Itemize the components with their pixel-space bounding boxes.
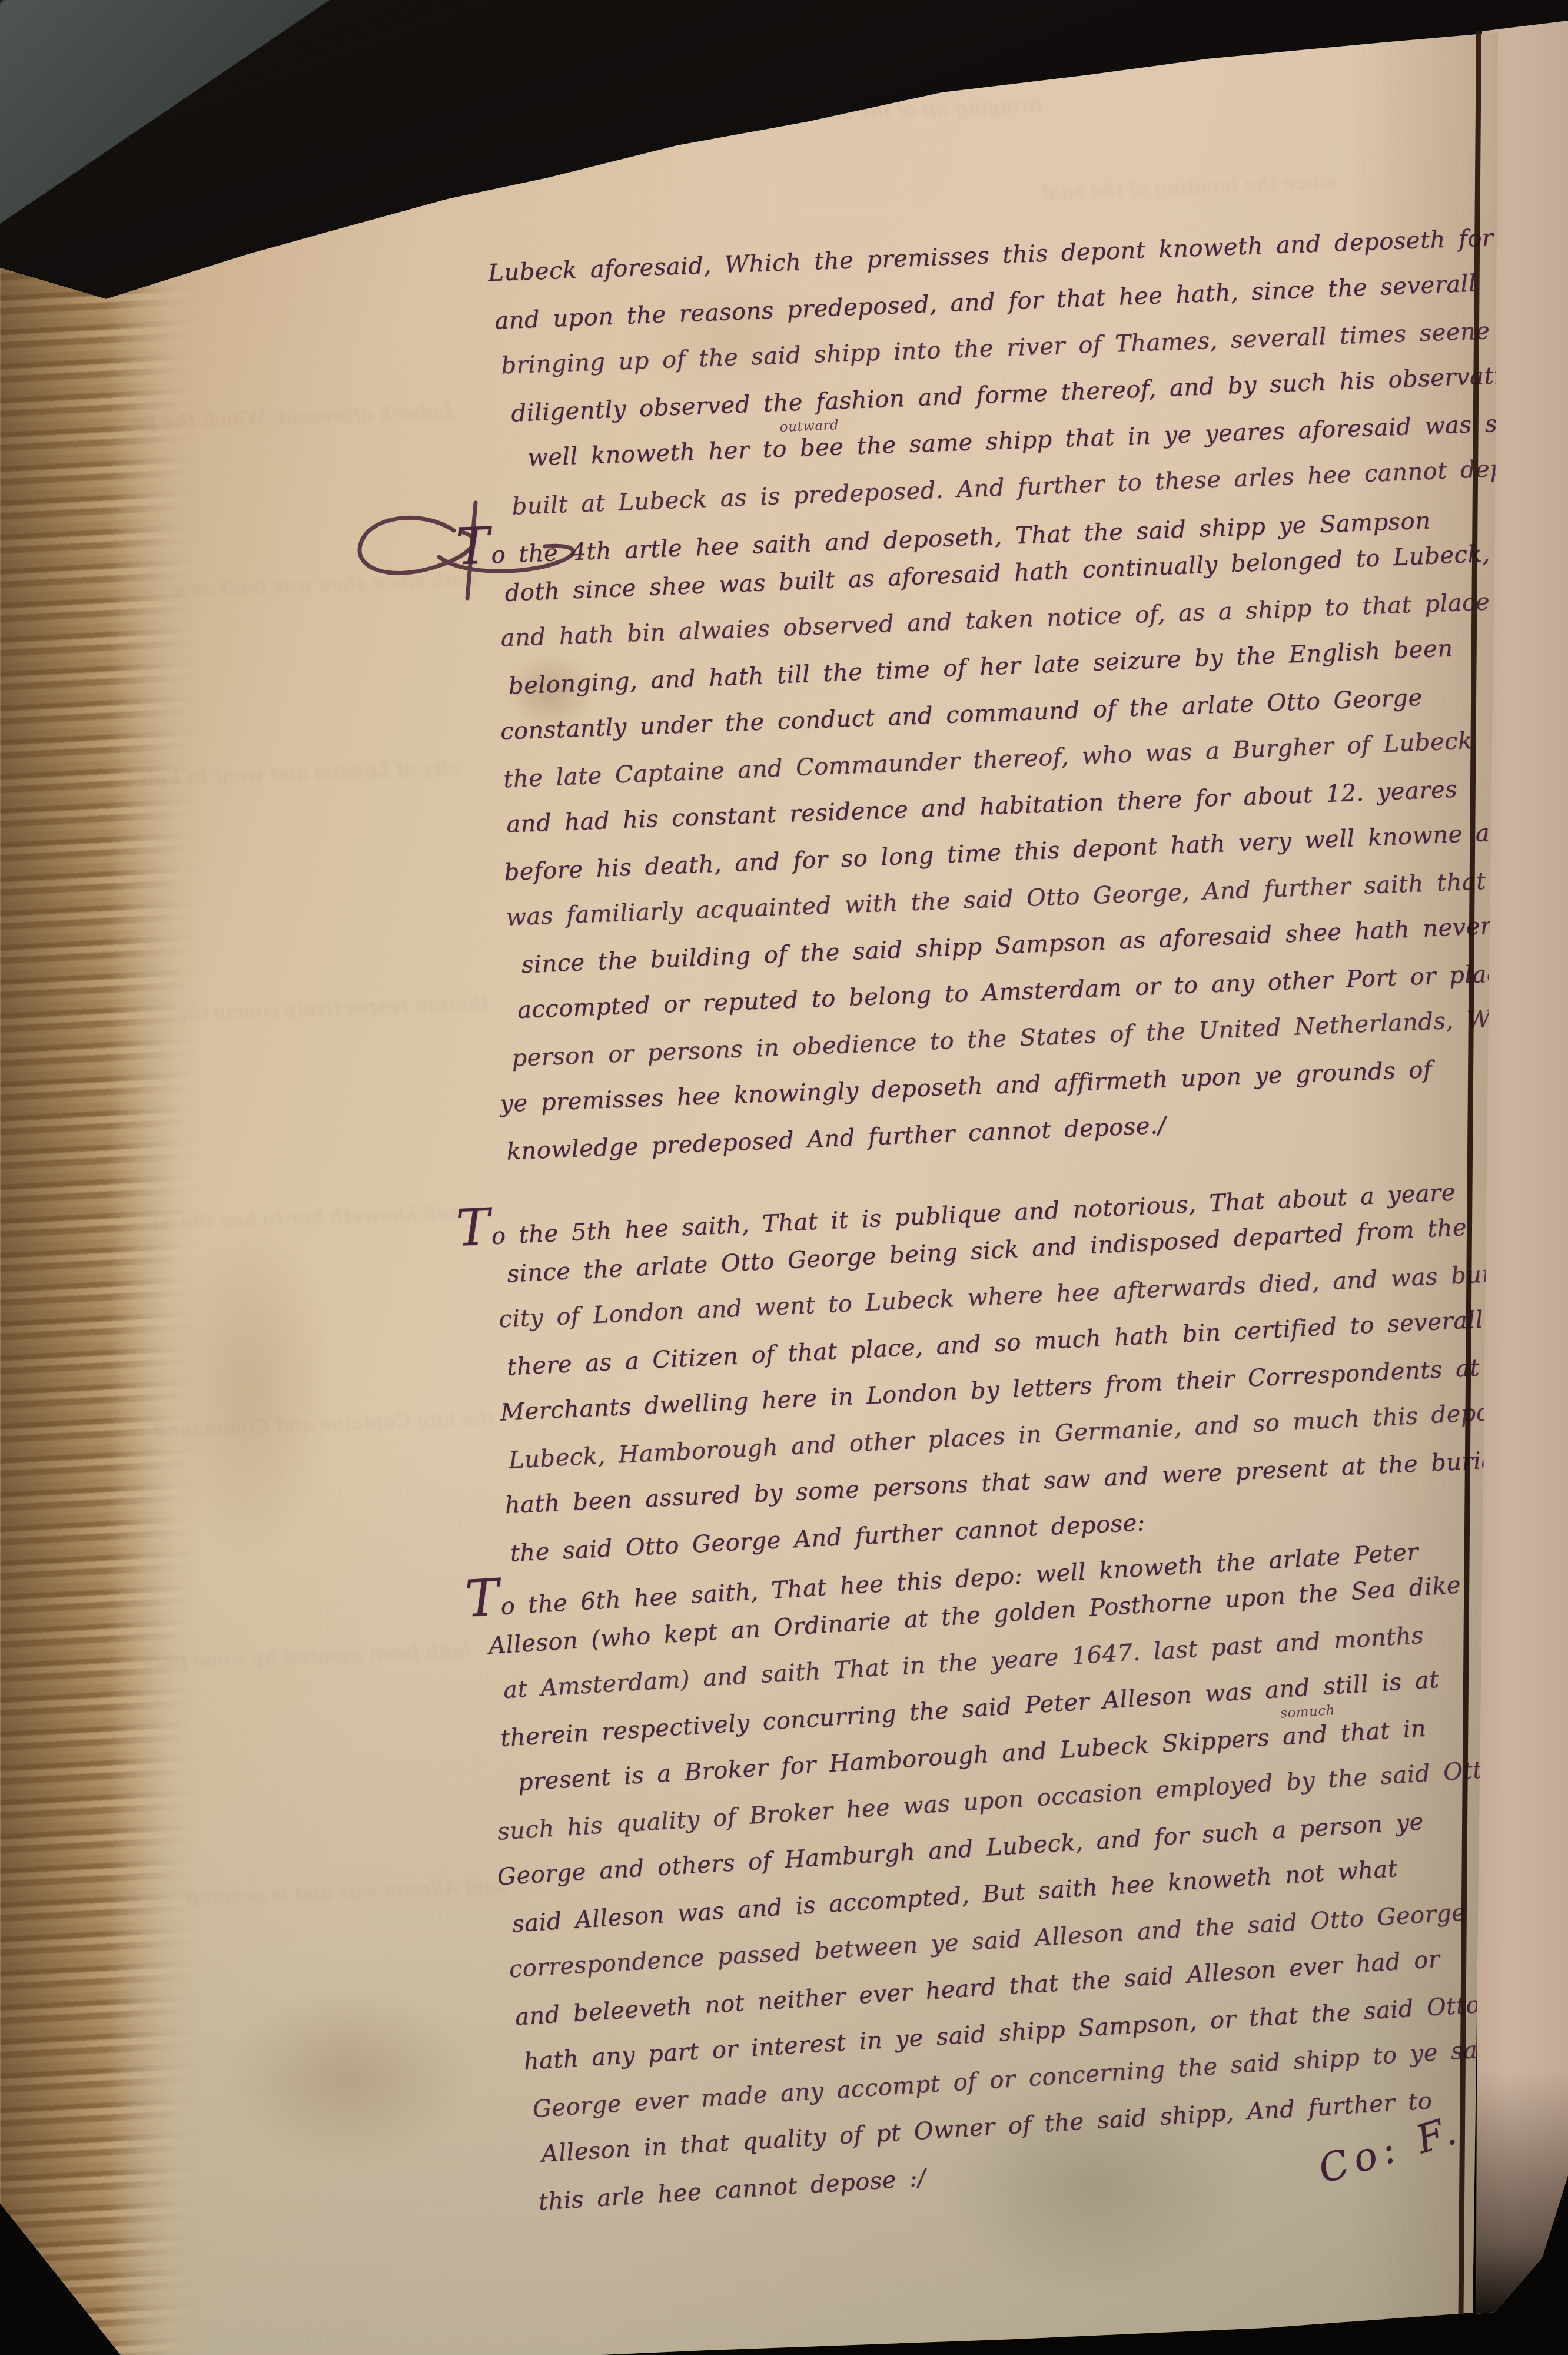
- section-article-4: To the 4th artle hee saith and deposeth,…: [487, 483, 1549, 1175]
- section-article-6: To the 6th hee saith, That hee this depo…: [487, 1511, 1562, 2226]
- section-continuation: Lubeck aforesaid, Which the premisses th…: [487, 212, 1533, 530]
- background-shadow-wedge: [0, 0, 365, 247]
- interlinear-insertion: outward: [779, 417, 839, 435]
- manuscript-text: Lubeck aforesaid, Which the premisses th…: [0, 0, 1568, 2355]
- manuscript-page: Lubeck aforesaid, Which the prdoth since…: [0, 0, 1568, 2355]
- photo-frame: Lubeck aforesaid, Which the prdoth since…: [0, 0, 1568, 2355]
- section-article-5: To the 5th hee saith, That it is publiqu…: [487, 1155, 1540, 1577]
